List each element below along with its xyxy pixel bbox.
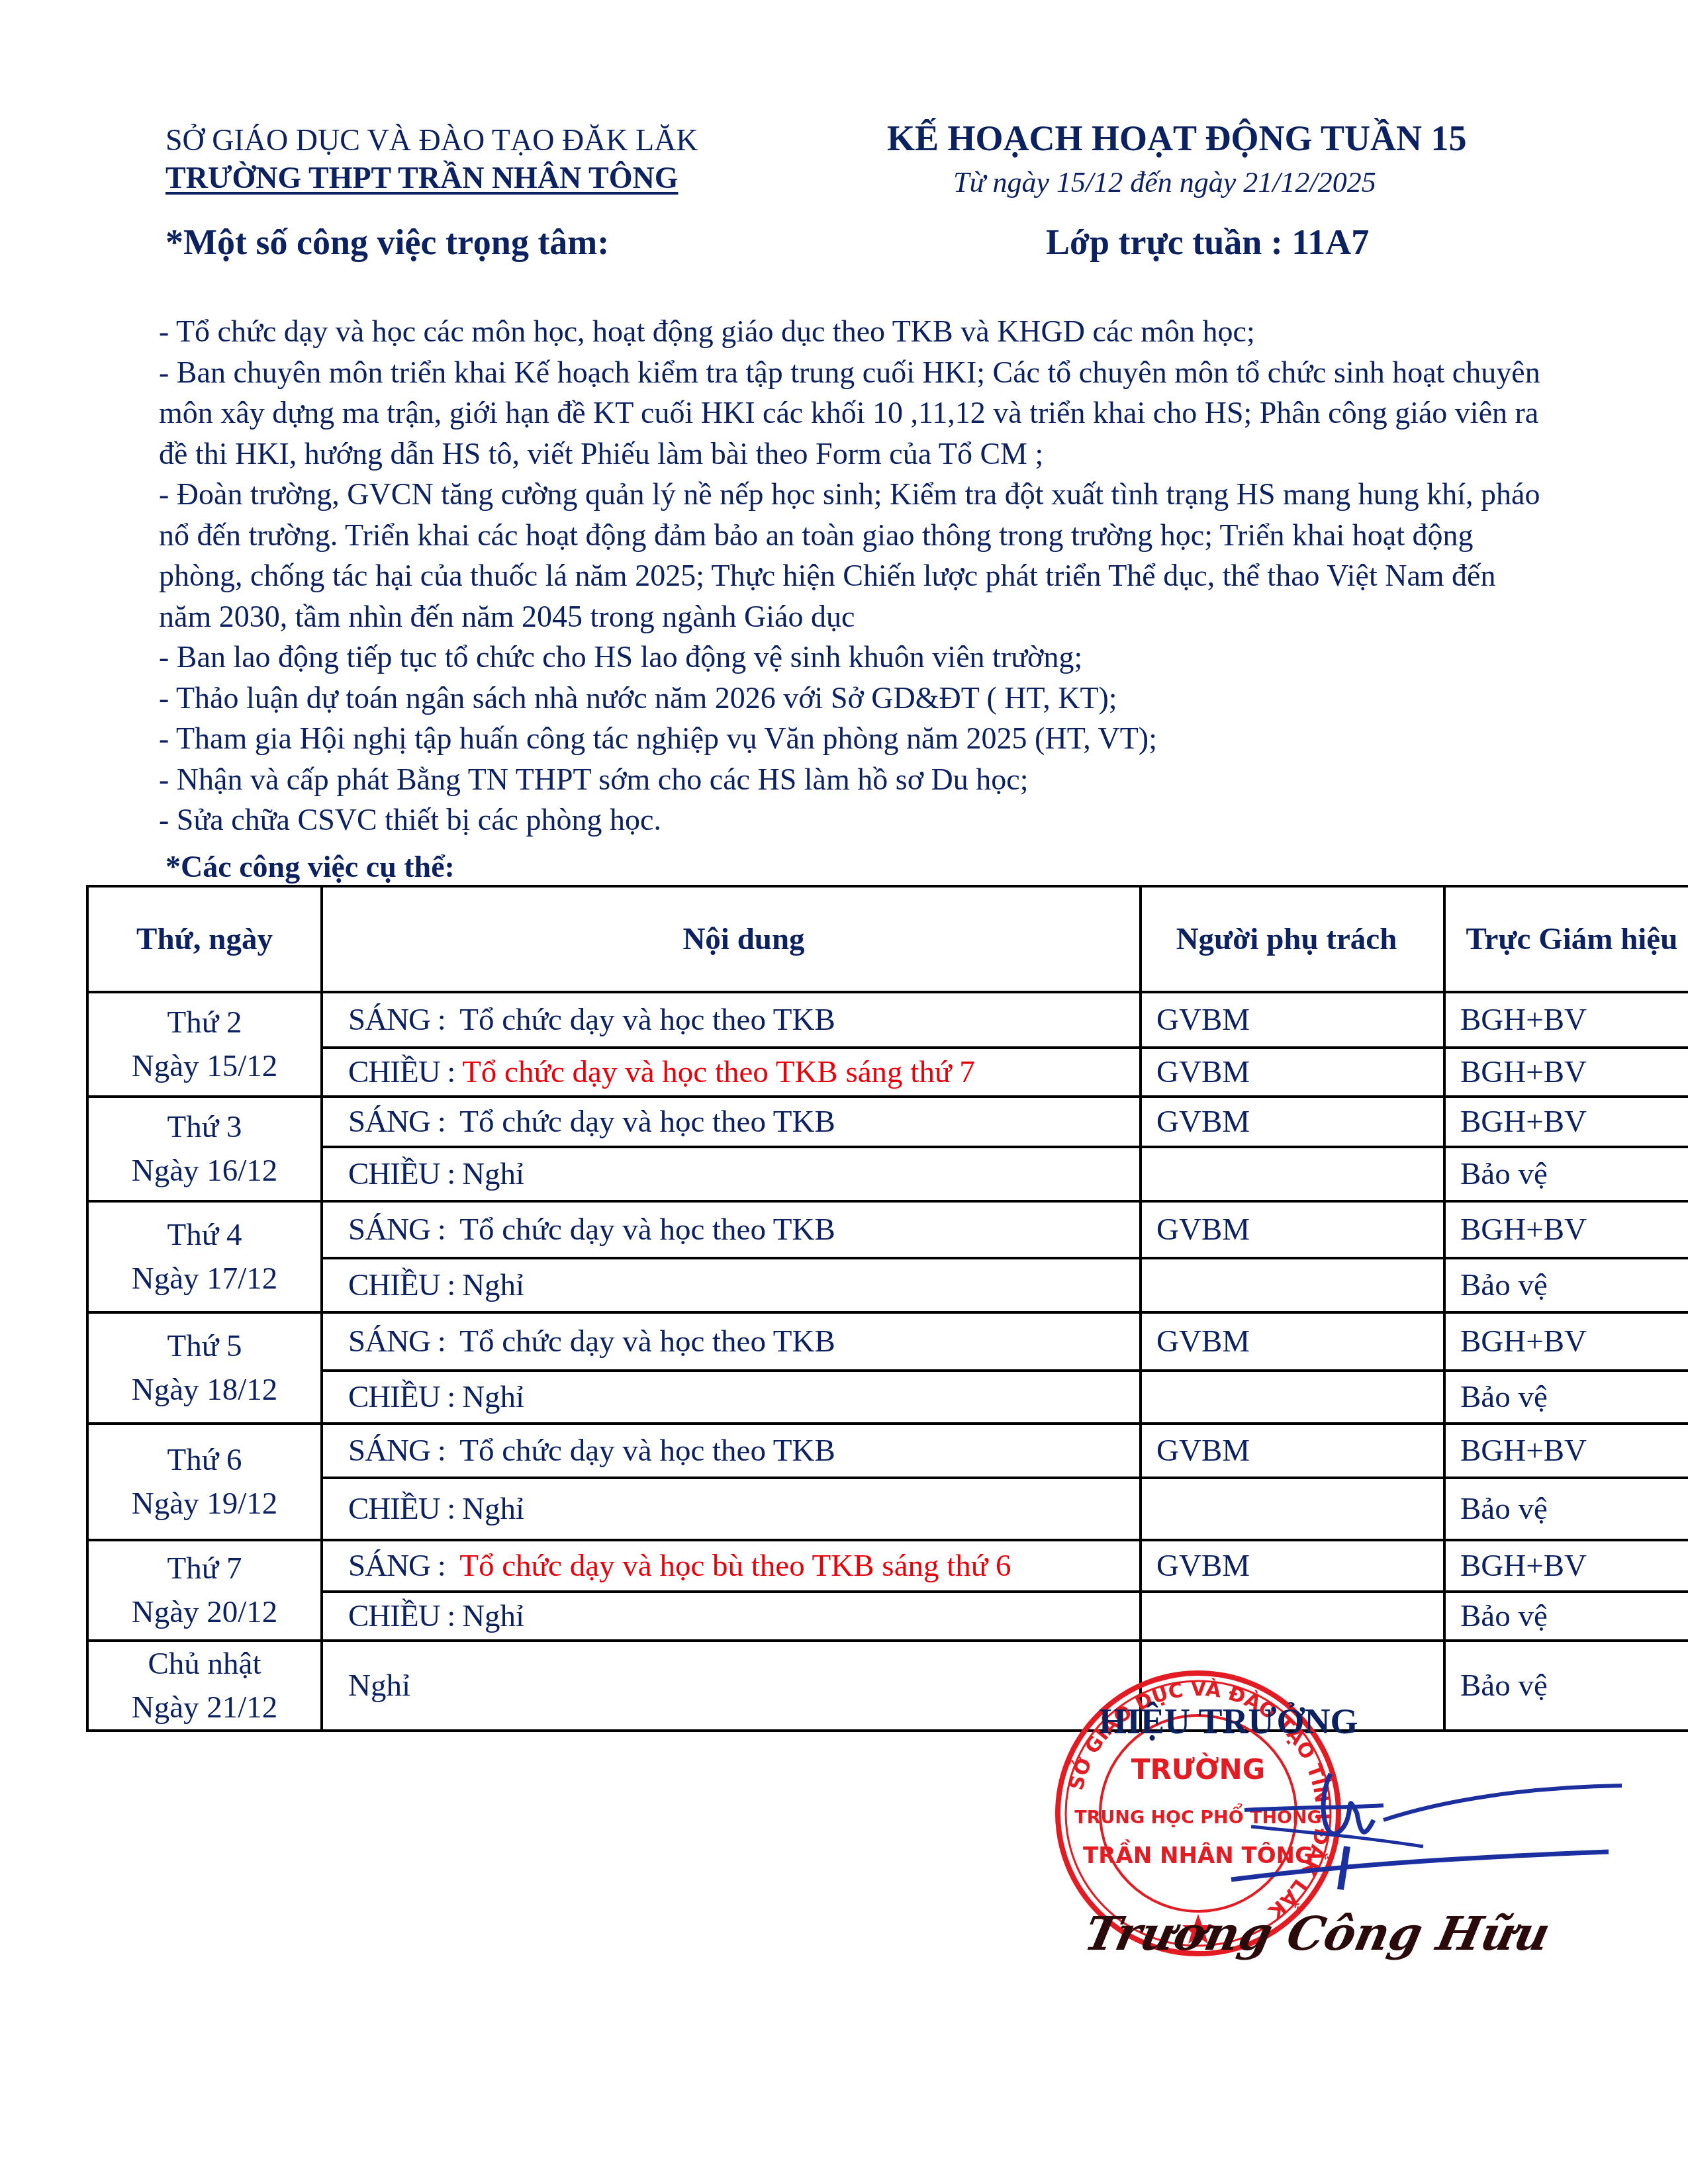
session-label: CHIỀU : — [348, 1599, 462, 1633]
focus-item: - Ban chuyên môn triển khai Kế hoạch kiể… — [159, 352, 1549, 475]
session-text: Nghỉ — [462, 1268, 524, 1302]
focus-item: - Thảo luận dự toán ngân sách nhà nước n… — [159, 678, 1549, 719]
plan-date-range: Từ ngày 15/12 đến ngày 21/12/2025 — [953, 165, 1376, 199]
session-text: Tổ chức dạy và học bù theo TKB sáng thứ … — [459, 1549, 1011, 1583]
content-cell: CHIỀU : Nghỉ — [322, 1371, 1141, 1424]
content-cell: Nghỉ — [322, 1641, 1141, 1731]
focus-item: - Nhận và cấp phát Bằng TN THPT sớm cho … — [159, 759, 1549, 800]
table-row: CHIỀU : Tổ chức dạy và học theo TKB sáng… — [87, 1048, 1688, 1097]
focus-list: - Tổ chức dạy và học các môn học, hoạt đ… — [159, 311, 1549, 841]
school-name: TRƯỜNG THPT TRẦN NHÂN TÔNG — [165, 160, 678, 195]
content-cell: CHIỀU : Nghỉ — [322, 1592, 1141, 1641]
col-header-content: Nội dung — [322, 886, 1141, 992]
col-header-duty: Trực Giám hiệu — [1444, 886, 1688, 992]
duty-cell: BGH+BV — [1444, 1424, 1688, 1478]
session-label: SÁNG : — [348, 1549, 459, 1583]
content-cell: SÁNG : Tổ chức dạy và học theo TKB — [322, 1312, 1141, 1371]
person-cell — [1141, 1478, 1444, 1540]
tasks-section-title: *Các công việc cụ thể: — [165, 849, 455, 884]
content-cell: CHIỀU : Nghỉ — [322, 1258, 1141, 1312]
session-text: Tổ chức dạy và học theo TKB — [459, 1003, 835, 1037]
session-text: Tổ chức dạy và học theo TKB sáng thứ 7 — [462, 1055, 975, 1089]
day-date: Ngày 17/12 — [89, 1257, 320, 1300]
session-label: SÁNG : — [348, 1105, 459, 1139]
content-cell: CHIỀU : Nghỉ — [322, 1147, 1141, 1201]
session-label: CHIỀU : — [348, 1380, 462, 1414]
schedule-table: Thứ, ngày Nội dung Người phụ trách Trực … — [86, 885, 1688, 1732]
session-text: Nghỉ — [462, 1492, 524, 1526]
session-label: SÁNG : — [348, 1003, 459, 1037]
duty-class: Lớp trực tuần : 11A7 — [1046, 222, 1369, 263]
content-cell: SÁNG : Tổ chức dạy và học bù theo TKB sá… — [322, 1540, 1141, 1592]
person-cell: GVBM — [1141, 992, 1444, 1048]
day-cell: Thứ 5Ngày 18/12 — [87, 1312, 322, 1424]
duty-cell: Bảo vệ — [1444, 1147, 1688, 1201]
day-cell: Thứ 4Ngày 17/12 — [87, 1201, 322, 1312]
session-text: Tổ chức dạy và học theo TKB — [459, 1433, 835, 1468]
session-text: Nghỉ — [462, 1599, 524, 1633]
person-cell: GVBM — [1141, 1048, 1444, 1097]
duty-cell: BGH+BV — [1444, 1312, 1688, 1371]
table-row: Thứ 3Ngày 16/12SÁNG : Tổ chức dạy và học… — [87, 1097, 1688, 1147]
session-label: SÁNG : — [348, 1433, 459, 1468]
day-cell: Thứ 2Ngày 15/12 — [87, 992, 322, 1097]
focus-item: - Tổ chức dạy và học các môn học, hoạt đ… — [159, 311, 1549, 352]
day-name: Chủ nhật — [89, 1642, 320, 1686]
day-name: Thứ 4 — [89, 1213, 320, 1257]
table-row: Thứ 4Ngày 17/12SÁNG : Tổ chức dạy và học… — [87, 1201, 1688, 1258]
table-row: Thứ 2Ngày 15/12SÁNG : Tổ chức dạy và học… — [87, 992, 1688, 1048]
duty-cell: Bảo vệ — [1444, 1592, 1688, 1641]
session-text: Tổ chức dạy và học theo TKB — [459, 1324, 835, 1359]
day-name: Thứ 7 — [89, 1547, 320, 1590]
schedule-body: Thứ 2Ngày 15/12SÁNG : Tổ chức dạy và học… — [87, 992, 1688, 1731]
table-row: Thứ 7Ngày 20/12SÁNG : Tổ chức dạy và học… — [87, 1540, 1688, 1592]
person-cell: GVBM — [1141, 1201, 1444, 1258]
day-date: Ngày 16/12 — [89, 1149, 320, 1193]
plan-title: KẾ HOẠCH HOẠT ĐỘNG TUẦN 15 — [887, 118, 1467, 159]
person-cell — [1141, 1592, 1444, 1641]
focus-item: - Tham gia Hội nghị tập huấn công tác ng… — [159, 718, 1549, 759]
session-text: Tổ chức dạy và học theo TKB — [459, 1212, 835, 1247]
content-cell: SÁNG : Tổ chức dạy và học theo TKB — [322, 1424, 1141, 1478]
person-cell — [1141, 1147, 1444, 1201]
table-row: CHIỀU : NghỉBảo vệ — [87, 1147, 1688, 1201]
table-row: CHIỀU : NghỉBảo vệ — [87, 1258, 1688, 1312]
day-name: Thứ 5 — [89, 1324, 320, 1368]
duty-cell: BGH+BV — [1444, 1540, 1688, 1592]
content-cell: SÁNG : Tổ chức dạy và học theo TKB — [322, 992, 1141, 1048]
session-text: Nghỉ — [462, 1380, 524, 1414]
session-text: Nghỉ — [462, 1157, 524, 1191]
duty-cell: Bảo vệ — [1444, 1478, 1688, 1540]
content-cell: CHIỀU : Nghỉ — [322, 1478, 1141, 1540]
session-label: SÁNG : — [348, 1324, 459, 1359]
content-cell: SÁNG : Tổ chức dạy và học theo TKB — [322, 1097, 1141, 1147]
content-cell: SÁNG : Tổ chức dạy và học theo TKB — [322, 1201, 1141, 1258]
table-row: Thứ 5Ngày 18/12SÁNG : Tổ chức dạy và học… — [87, 1312, 1688, 1371]
session-label: CHIỀU : — [348, 1157, 462, 1191]
day-date: Ngày 18/12 — [89, 1368, 320, 1412]
person-cell: GVBM — [1141, 1540, 1444, 1592]
day-cell: Thứ 6Ngày 19/12 — [87, 1424, 322, 1540]
person-cell: GVBM — [1141, 1097, 1444, 1147]
duty-cell: Bảo vệ — [1444, 1641, 1688, 1731]
focus-item: - Đoàn trường, GVCN tăng cường quản lý n… — [159, 474, 1549, 637]
day-cell: Thứ 3Ngày 16/12 — [87, 1097, 322, 1201]
table-row: Chủ nhậtNgày 21/12NghỉBảo vệ — [87, 1641, 1688, 1731]
day-date: Ngày 21/12 — [89, 1686, 320, 1729]
day-cell: Chủ nhậtNgày 21/12 — [87, 1641, 322, 1731]
duty-cell: Bảo vệ — [1444, 1371, 1688, 1424]
person-cell: GVBM — [1141, 1312, 1444, 1371]
col-header-person: Người phụ trách — [1141, 886, 1444, 992]
person-cell — [1141, 1371, 1444, 1424]
table-row: CHIỀU : NghỉBảo vệ — [87, 1478, 1688, 1540]
day-date: Ngày 15/12 — [89, 1044, 320, 1088]
col-header-day: Thứ, ngày — [87, 886, 322, 992]
duty-cell: BGH+BV — [1444, 992, 1688, 1048]
day-name: Thứ 2 — [89, 1001, 320, 1044]
focus-item: - Sửa chữa CSVC thiết bị các phòng học. — [159, 799, 1549, 841]
duty-cell: BGH+BV — [1444, 1048, 1688, 1097]
focus-section-title: *Một số công việc trọng tâm: — [165, 222, 609, 263]
table-header-row: Thứ, ngày Nội dung Người phụ trách Trực … — [87, 886, 1688, 992]
day-name: Thứ 6 — [89, 1438, 320, 1482]
table-row: Thứ 6Ngày 19/12SÁNG : Tổ chức dạy và học… — [87, 1424, 1688, 1478]
day-name: Thứ 3 — [89, 1105, 320, 1149]
focus-item: - Ban lao động tiếp tục tổ chức cho HS l… — [159, 637, 1549, 678]
person-cell: GVBM — [1141, 1424, 1444, 1478]
session-label: CHIỀU : — [348, 1492, 462, 1526]
signature-scribble-icon — [1225, 1760, 1635, 1919]
day-cell: Thứ 7Ngày 20/12 — [87, 1540, 322, 1641]
session-label: SÁNG : — [348, 1212, 459, 1247]
table-row: CHIỀU : NghỉBảo vệ — [87, 1371, 1688, 1424]
session-label: CHIỀU : — [348, 1268, 462, 1302]
person-cell — [1141, 1258, 1444, 1312]
day-date: Ngày 19/12 — [89, 1482, 320, 1525]
day-date: Ngày 20/12 — [89, 1590, 320, 1634]
table-row: CHIỀU : NghỉBảo vệ — [87, 1592, 1688, 1641]
session-label: CHIỀU : — [348, 1055, 462, 1089]
org-name: SỞ GIÁO DỤC VÀ ĐÀO TẠO ĐĂK LĂK — [165, 122, 698, 158]
duty-cell: BGH+BV — [1444, 1201, 1688, 1258]
duty-cell: Bảo vệ — [1444, 1258, 1688, 1312]
principal-title: HIỆU TRƯỞNG — [1099, 1701, 1358, 1742]
content-cell: CHIỀU : Tổ chức dạy và học theo TKB sáng… — [322, 1048, 1141, 1097]
duty-cell: BGH+BV — [1444, 1097, 1688, 1147]
session-text: Tổ chức dạy và học theo TKB — [459, 1105, 835, 1139]
